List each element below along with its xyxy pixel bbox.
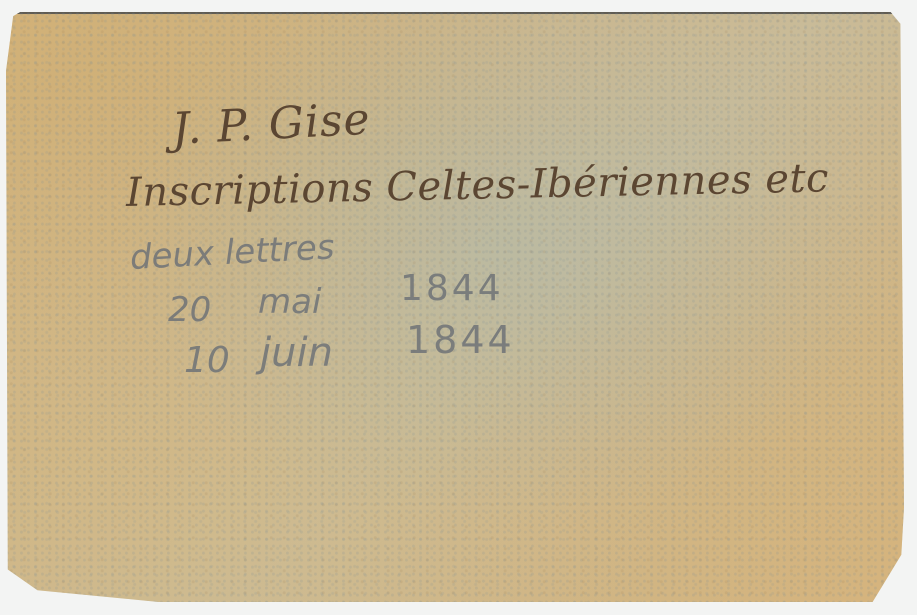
author-name: J. P. Gise: [171, 94, 372, 155]
date-1-day: 20: [168, 290, 211, 330]
date-1-month: mai: [258, 282, 321, 322]
date-2-month: juin: [260, 330, 333, 376]
date-1-year: 1844: [400, 268, 504, 309]
date-2-day: 10: [184, 340, 230, 381]
date-2-year: 1844: [406, 318, 515, 362]
scan-background: J. P. Gise Inscriptions Celtes-Ibérienne…: [0, 0, 917, 615]
